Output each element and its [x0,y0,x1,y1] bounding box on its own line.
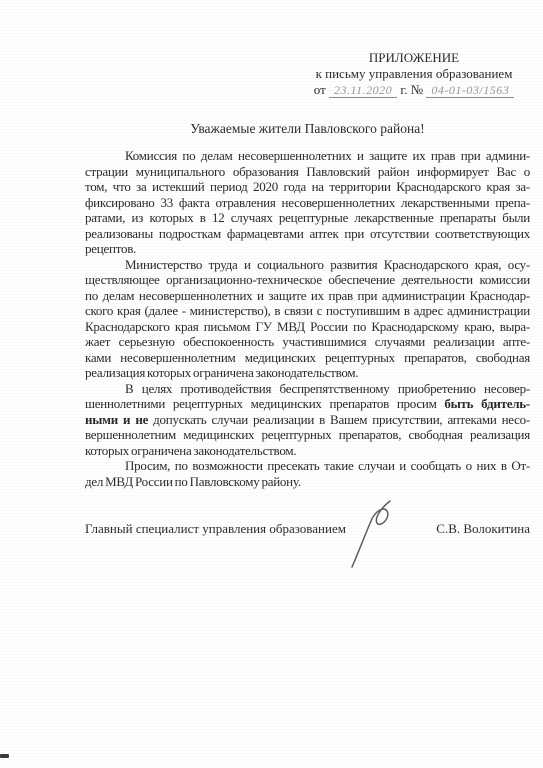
date-label: от [314,82,326,97]
body-line: реализованы подросткам фармацевтами апте… [85,226,530,242]
body-line: фиксировано 33 факта отравления несоверш… [85,195,530,211]
body-line: ществляющее организационно-техническое о… [85,272,530,288]
body-line: по делам несовершеннолетних и защите их … [85,288,530,304]
appendix-title: ПРИЛОЖЕНИЕ [288,50,540,66]
body-line: вершеннолетним медицинских рецептурных п… [85,427,530,443]
body-line: ского края (далее - министерство), в свя… [85,303,530,319]
body-line: Просим, по возможности пресекать такие с… [85,458,530,474]
handwritten-number: 04-01-03/1563 [426,83,514,98]
body-line: реализация которых ограничена законодате… [85,365,530,381]
body-line: рецептов. [85,241,530,257]
appendix-header: ПРИЛОЖЕНИЕ к письму управления образован… [288,50,540,98]
signer-name: С.В. Волокитина [436,521,530,537]
body-line: жает серьезную обеспокоенность участивши… [85,334,530,350]
handwritten-date: 23.11.2020 [329,83,397,98]
appendix-addressee-line: к письму управления образованием [288,66,540,82]
body-line: ными и не допускать случаи реализации в … [85,412,530,428]
body-paragraphs: Комиссия по делам несовершеннолетних и з… [85,148,530,489]
scan-artifact [0,754,9,758]
handwritten-signature-icon [348,498,406,570]
number-label: г. № [400,82,423,97]
body-line: том, что за истекший период 2020 года на… [85,179,530,195]
body-line: В целях противодействия беспрепятственно… [85,381,530,397]
signature-row: Главный специалист управления образовани… [85,521,530,537]
body-line: ками несовершеннолетним медицинских реце… [85,350,530,366]
body-line: дел МВД России по Павловскому району. [85,474,530,490]
scanned-letter-page: ПРИЛОЖЕНИЕ к письму управления образован… [0,0,543,768]
body-line: ратами, из которых в 12 случаях рецептур… [85,210,530,226]
body-line: Министерство труда и социального развити… [85,257,530,273]
signer-position: Главный специалист управления образовани… [85,521,346,537]
salutation: Уважаемые жители Павловского района! [85,121,530,137]
body-line: страции муниципального образования Павло… [85,164,530,180]
body-line: которых ограничена законодательством. [85,443,530,459]
appendix-date-number-line: от 23.11.2020 г. № 04-01-03/1563 [288,82,540,98]
body-line: Краснодарского края письмом ГУ МВД Росси… [85,319,530,335]
body-line: шеннолетними рецептурных медицинских пре… [85,396,530,412]
body-line: Комиссия по делам несовершеннолетних и з… [85,148,530,164]
